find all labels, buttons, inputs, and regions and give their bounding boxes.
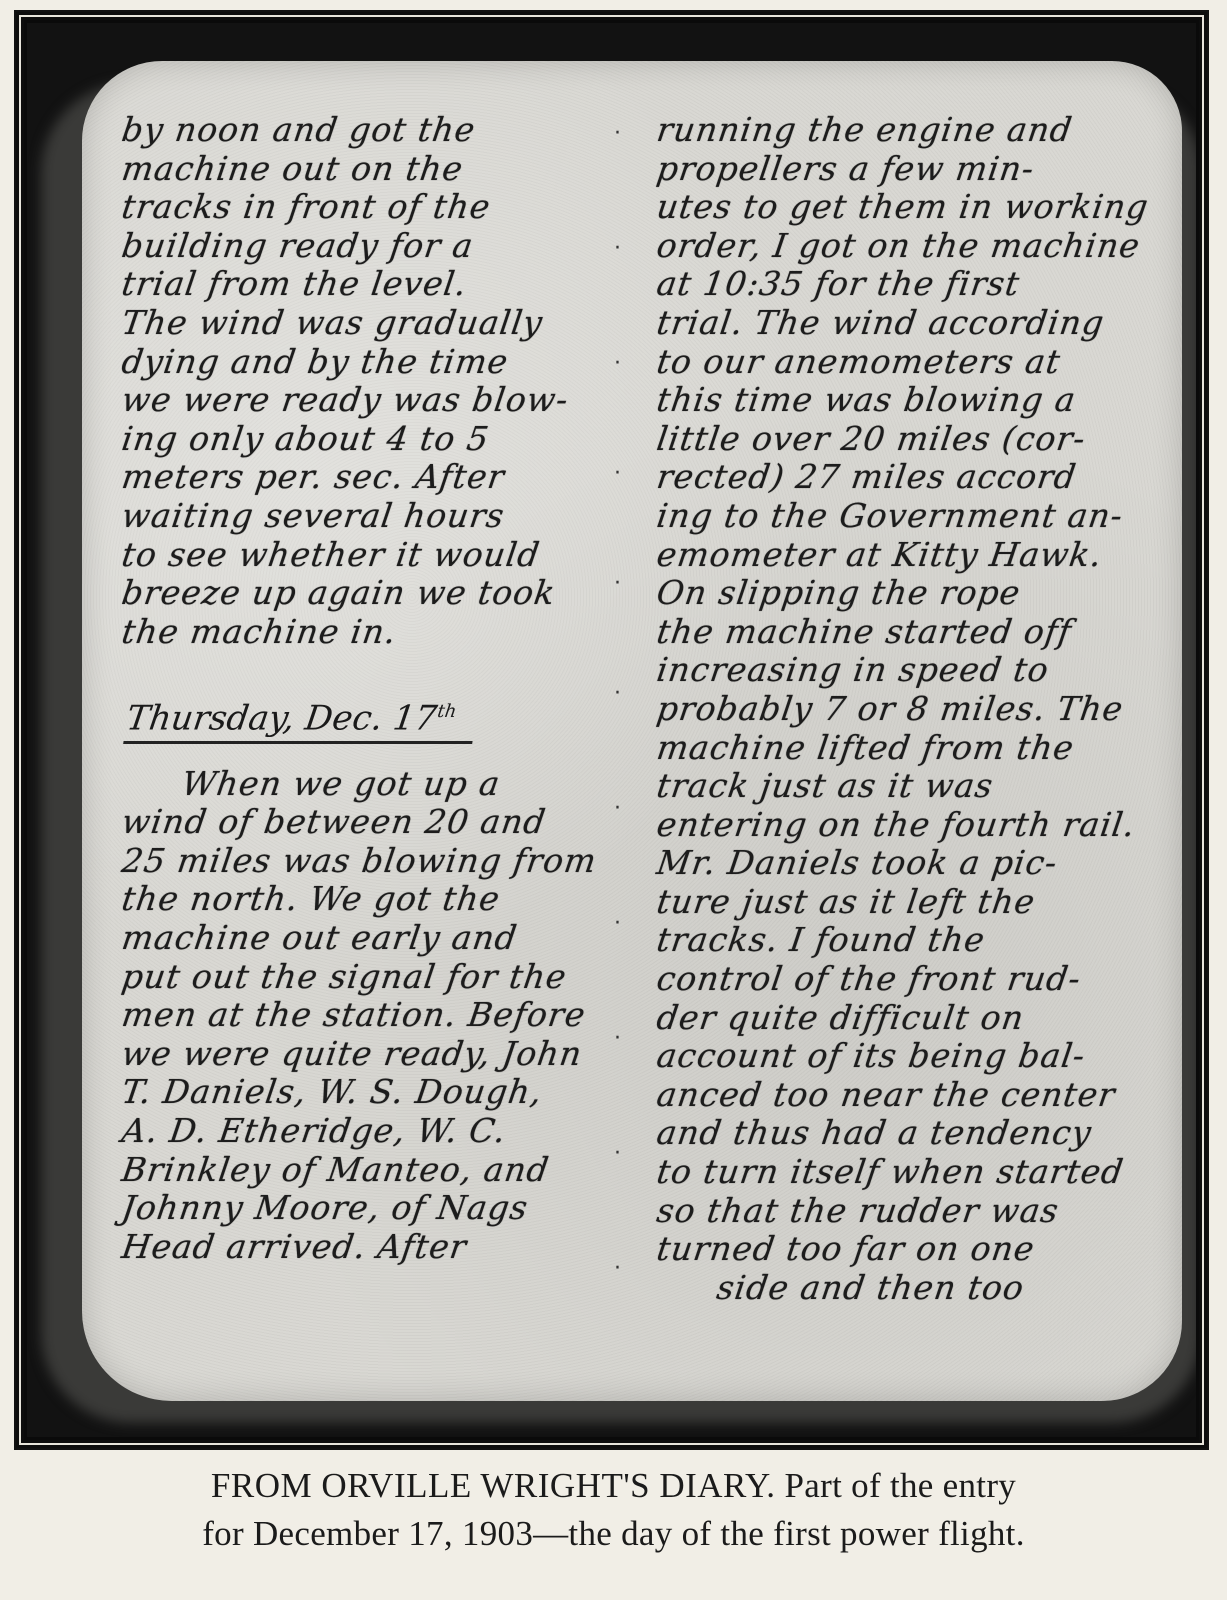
handwritten-line: control of the front rud- bbox=[654, 960, 1159, 999]
photo-background: by noon and got the machine out on the t… bbox=[24, 20, 1199, 1440]
photo-caption: From Orville Wright's Diary. Part of the… bbox=[0, 1462, 1227, 1558]
handwritten-line: turned too far on one bbox=[654, 1230, 1159, 1269]
caption-line-1: From Orville Wright's Diary. Part of the… bbox=[0, 1462, 1227, 1510]
handwritten-line: waiting several hours bbox=[119, 497, 624, 536]
paragraph-gap bbox=[122, 651, 622, 689]
margin-dot: · bbox=[614, 236, 621, 261]
handwritten-line: so that the rudder was bbox=[654, 1192, 1159, 1231]
diary-page: by noon and got the machine out on the t… bbox=[82, 61, 1182, 1401]
handwritten-line: track just as it was bbox=[654, 767, 1159, 806]
handwritten-line: at 10:35 for the first bbox=[654, 265, 1159, 304]
margin-dot: · bbox=[614, 1026, 621, 1051]
entry-date-heading: Thursday, Dec. 17th bbox=[123, 689, 479, 744]
handwritten-line: Mr. Daniels took a pic- bbox=[654, 844, 1159, 883]
caption-line-2: for December 17, 1903—the day of the fir… bbox=[0, 1510, 1227, 1558]
diary-photograph: by noon and got the machine out on the t… bbox=[14, 10, 1209, 1450]
handwritten-line: breeze up again we took bbox=[119, 574, 624, 613]
handwritten-line: dying and by the time bbox=[119, 343, 624, 382]
caption-line-1-text: Part of the entry bbox=[775, 1466, 1016, 1505]
handwritten-line: wind of between 20 and bbox=[119, 803, 624, 842]
margin-dot: · bbox=[614, 1141, 621, 1166]
handwritten-line: tracks. I found the bbox=[654, 921, 1159, 960]
handwritten-line: to see whether it would bbox=[119, 536, 624, 575]
handwritten-line: running the engine and bbox=[654, 111, 1159, 150]
handwritten-line: order, I got on the machine bbox=[654, 227, 1159, 266]
handwritten-line: this time was blowing a bbox=[654, 381, 1159, 420]
handwritten-line: ing only about 4 to 5 bbox=[119, 420, 624, 459]
handwritten-line: Brinkley of Manteo, and bbox=[119, 1151, 624, 1190]
handwritten-line: the north. We got the bbox=[119, 880, 624, 919]
margin-dot: · bbox=[614, 351, 621, 376]
margin-dot: · bbox=[614, 796, 621, 821]
handwritten-line: entering on the fourth rail. bbox=[654, 806, 1159, 845]
handwritten-line: machine out early and bbox=[119, 919, 624, 958]
margin-dot: · bbox=[614, 681, 621, 706]
handwritten-line: der quite difficult on bbox=[654, 999, 1159, 1038]
handwritten-line: account of its being bal- bbox=[654, 1037, 1159, 1076]
handwritten-line: anced too near the center bbox=[654, 1076, 1159, 1115]
handwritten-line: to turn itself when started bbox=[654, 1153, 1159, 1192]
handwritten-line: ture just as it left the bbox=[654, 883, 1159, 922]
handwritten-line: building ready for a bbox=[119, 227, 624, 266]
margin-dot: · bbox=[614, 911, 621, 936]
handwritten-line: ing to the Government an- bbox=[654, 497, 1159, 536]
margin-dot: · bbox=[614, 1256, 621, 1281]
handwritten-line: A. D. Etheridge, W. C. bbox=[119, 1112, 624, 1151]
margin-dot: · bbox=[614, 571, 621, 596]
handwritten-line: the machine started off bbox=[654, 613, 1159, 652]
handwritten-line: propellers a few min- bbox=[654, 150, 1159, 189]
handwritten-line: 25 miles was blowing from bbox=[119, 842, 624, 881]
handwritten-line: Head arrived. After bbox=[119, 1228, 624, 1267]
handwritten-line: emometer at Kitty Hawk. bbox=[654, 536, 1159, 575]
handwritten-line: to our anemometers at bbox=[654, 343, 1159, 382]
handwritten-line: When we got up a bbox=[119, 765, 624, 804]
handwritten-line: Johnny Moore, of Nags bbox=[119, 1189, 624, 1228]
handwritten-line: utes to get them in working bbox=[654, 188, 1159, 227]
handwritten-line: tracks in front of the bbox=[119, 188, 624, 227]
handwritten-line: side and then too bbox=[654, 1269, 1159, 1308]
handwritten-line: and thus had a tendency bbox=[654, 1114, 1159, 1153]
handwritten-line: machine lifted from the bbox=[654, 729, 1159, 768]
handwritten-line: On slipping the rope bbox=[654, 574, 1159, 613]
handwritten-line: increasing in speed to bbox=[654, 651, 1159, 690]
left-column: by noon and got the machine out on the t… bbox=[122, 111, 622, 1266]
margin-dot: · bbox=[614, 121, 621, 146]
handwritten-line: we were ready was blow- bbox=[119, 381, 624, 420]
handwritten-line: the machine in. bbox=[119, 613, 624, 652]
handwritten-line: probably 7 or 8 miles. The bbox=[654, 690, 1159, 729]
handwritten-line: little over 20 miles (cor- bbox=[654, 420, 1159, 459]
handwritten-line: trial. The wind according bbox=[654, 304, 1159, 343]
handwritten-line: machine out on the bbox=[119, 150, 624, 189]
handwritten-line: The wind was gradually bbox=[119, 304, 624, 343]
margin-dot: · bbox=[614, 461, 621, 486]
handwritten-line: T. Daniels, W. S. Dough, bbox=[119, 1073, 624, 1112]
caption-title: From Orville Wright's Diary. bbox=[211, 1466, 776, 1505]
handwritten-line: rected) 27 miles accord bbox=[654, 458, 1159, 497]
handwritten-line: by noon and got the bbox=[119, 111, 624, 150]
handwritten-line: trial from the level. bbox=[119, 265, 624, 304]
handwritten-line: we were quite ready, John bbox=[119, 1035, 624, 1074]
entry-date-text: Thursday, Dec. 17 bbox=[124, 699, 439, 739]
handwritten-line: men at the station. Before bbox=[119, 996, 624, 1035]
entry-date-suffix: th bbox=[436, 701, 458, 722]
right-column: running the engine and propellers a few … bbox=[657, 111, 1157, 1307]
handwritten-line: meters per. sec. After bbox=[119, 458, 624, 497]
handwritten-line: put out the signal for the bbox=[119, 958, 624, 997]
